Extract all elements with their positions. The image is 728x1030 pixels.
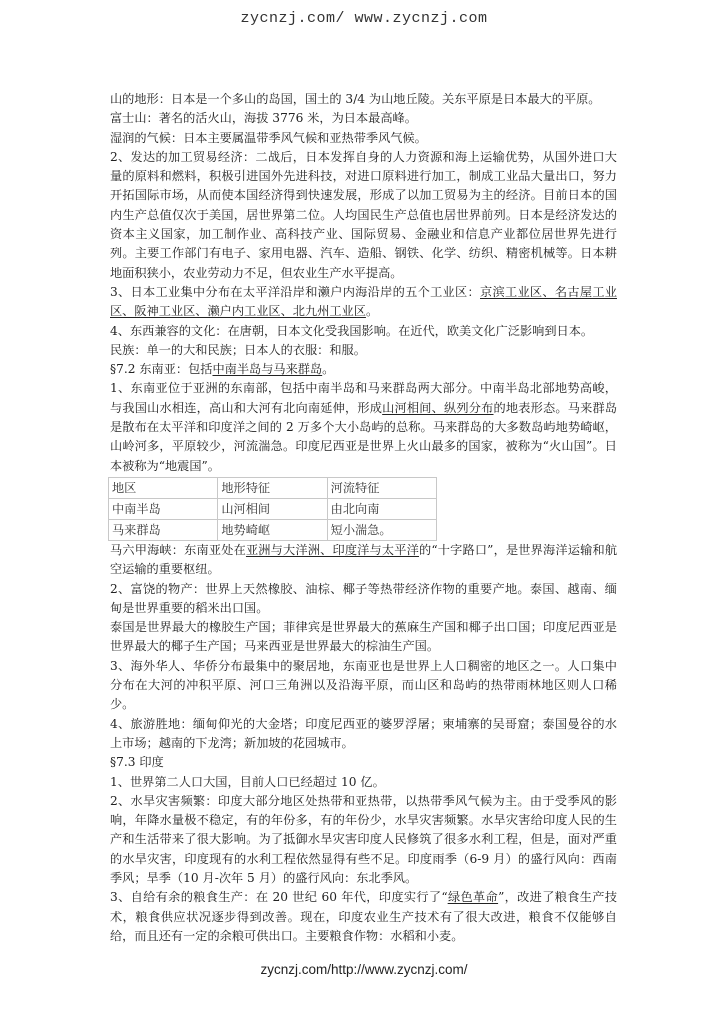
- japan-economy: 2、发达的加工贸易经济：二战后，日本发挥自身的人力资源和海上运输优势，从国外进口…: [110, 148, 617, 283]
- sea-products-detail: 泰国是世界最大的橡胶生产国；菲律宾是世界最大的蕉麻生产国和椰子出口国；印度尼西亚…: [110, 618, 617, 657]
- malacca-underlined: 亚洲与大洋洲、印度洋与太平洋: [246, 543, 419, 557]
- japan-industry: 3、日本工业集中分布在太平洋沿岸和濑户内海沿岸的五个工业区：京滨工业区、名古屋工…: [110, 283, 617, 322]
- sea-products: 2、富饶的物产：世界上天然橡胶、油棕、椰子等热带经济作物的重要产地。泰国、越南、…: [110, 580, 617, 619]
- japan-climate: 湿润的气候：日本主要属温带季风气候和亚热带季风气候。: [110, 129, 617, 148]
- table-cell: 山河相间: [218, 498, 327, 519]
- p3-a: 3、自给有余的粮食生产：在 20 世纪 60 年代，印度实行了“: [110, 890, 448, 904]
- page-footer-watermark: zycnzj.com/http://www.zycnzj.com/: [0, 962, 728, 977]
- heading-underlined: 中南半岛与马来群岛: [212, 362, 322, 376]
- table-header-cell: 地形特征: [218, 477, 327, 498]
- india-population: 1、世界第二人口大国，目前人口已经超过 10 亿。: [110, 773, 617, 792]
- table-row: 马来群岛 地势崎岖 短小湍急。: [109, 519, 437, 540]
- table-header-cell: 河流特征: [327, 477, 436, 498]
- heading-suffix: 。: [322, 362, 334, 376]
- section-heading-india: §7.3 印度: [110, 753, 617, 772]
- table-header-row: 地区 地形特征 河流特征: [109, 477, 437, 498]
- table-cell: 马来群岛: [109, 519, 218, 540]
- japan-ethnicity: 民族：单一的大和民族；日本人的衣服：和服。: [110, 341, 617, 360]
- india-disasters: 2、水旱灾害频繁：印度大部分地区处热带和亚热带，以热带季风气候为主。由于受季风的…: [110, 792, 617, 888]
- malacca-a: 马六甲海峡：东南亚处在: [110, 543, 246, 557]
- industry-suffix: 。: [366, 304, 378, 318]
- page-header-watermark: zycnzj.com/ www.zycnzj.com: [0, 10, 728, 27]
- sea-location: 1、东南亚位于亚洲的东南部，包括中南半岛和马来群岛两大部分。中南半岛北部地势高峻…: [110, 379, 617, 475]
- section-heading-southeast-asia: §7.2 东南亚：包括中南半岛与马来群岛。: [110, 360, 617, 379]
- table-cell: 由北向南: [327, 498, 436, 519]
- table-cell: 短小湍急。: [327, 519, 436, 540]
- industry-prefix: 3、日本工业集中分布在太平洋沿岸和濑户内海沿岸的五个工业区：: [110, 285, 480, 299]
- p1-underlined: 山河相间、纵列分布: [382, 401, 493, 415]
- malacca-strait: 马六甲海峡：东南亚处在亚洲与大洋洲、印度洋与太平洋的“十字路口”，是世界海洋运输…: [110, 541, 617, 580]
- green-revolution: 绿色革命: [448, 890, 498, 904]
- region-feature-table: 地区 地形特征 河流特征 中南半岛 山河相间 由北向南 马来群岛 地势崎岖 短小…: [108, 477, 437, 541]
- table-header-cell: 地区: [109, 477, 218, 498]
- japan-terrain: 山的地形：日本是一个多山的岛国，国土的 3/4 为山地丘陵。关东平原是日本最大的…: [110, 90, 617, 109]
- sea-population: 3、海外华人、华侨分布最集中的聚居地，东南亚也是世界上人口稠密的地区之一。人口集…: [110, 657, 617, 715]
- india-food: 3、自给有余的粮食生产：在 20 世纪 60 年代，印度实行了“绿色革命”，改进…: [110, 888, 617, 946]
- table-cell: 中南半岛: [109, 498, 218, 519]
- document-body: 山的地形：日本是一个多山的岛国，国土的 3/4 为山地丘陵。关东平原是日本最大的…: [110, 90, 617, 946]
- japan-culture: 4、东西兼容的文化：在唐朝，日本文化受我国影响。在近代，欧美文化广泛影响到日本。: [110, 322, 617, 341]
- heading-prefix: §7.2 东南亚：包括: [110, 362, 212, 376]
- sea-tourism: 4、旅游胜地：缅甸仰光的大金塔；印度尼西亚的婆罗浮屠；柬埔寨的吴哥窟；泰国曼谷的…: [110, 715, 617, 754]
- table-row: 中南半岛 山河相间 由北向南: [109, 498, 437, 519]
- japan-fuji: 富士山：著名的活火山，海拔 3776 米，为日本最高峰。: [110, 109, 617, 128]
- table-cell: 地势崎岖: [218, 519, 327, 540]
